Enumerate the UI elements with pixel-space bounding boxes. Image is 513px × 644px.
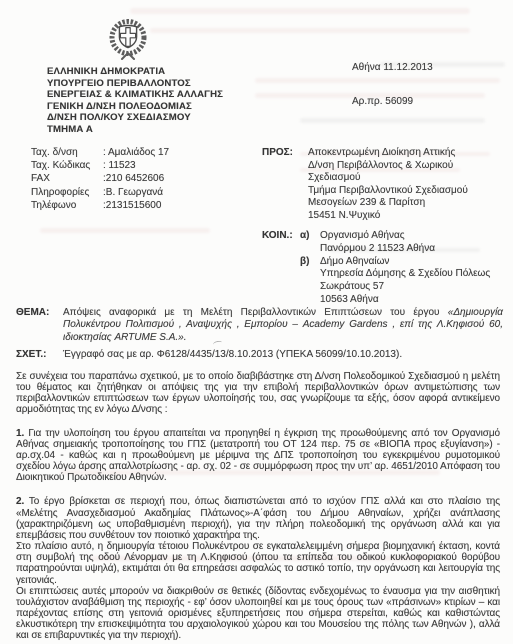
- letterhead-line: ΥΠΟΥΡΓΕΙΟ ΠΕΡΙΒΑΛΛΟΝΤΟΣ: [47, 78, 223, 90]
- bleed-through-artifact: [40, 228, 210, 233]
- contact-label: Τηλέφωνο: [31, 199, 103, 212]
- letterhead-line: ΓΕΝΙΚΗ Δ/ΝΣΗ ΠΟΛΕΟΔΟΜΙΑΣ: [47, 101, 223, 113]
- bleed-through-artifact: [255, 78, 500, 83]
- letterhead-line: Δ/ΝΣΗ ΠΟΛ/ΚΟΥ ΣΧΕΔΙΑΣΜΟΥ: [47, 112, 223, 124]
- cc-item: β) Δήμο Αθηναίων Υπηρεσία Δόμησης & Σχεδ…: [300, 256, 490, 307]
- body-paragraph-2-cont: Οι επιπτώσεις αυτές μπορούν να διακριθού…: [16, 586, 500, 642]
- contact-row: Πληροφορίες :Β. Γεωργανά: [31, 186, 169, 199]
- subject-text: Απόψεις αναφορικά με τη Μελέτη Περιβαλλο…: [63, 307, 503, 344]
- pros-label: ΠΡΟΣ:: [262, 147, 308, 223]
- letterhead-line: ΤΜΗΜΑ Α: [47, 124, 223, 136]
- body-intro-paragraph: Σε συνέχεια του παραπάνω σχετικού, με το…: [16, 371, 500, 416]
- body-paragraph-2: 2. Το έργο βρίσκεται σε περιοχή που, όπω…: [16, 496, 500, 541]
- address-line: Μεσογείων 239 & Παρίτση: [308, 197, 468, 210]
- contact-label: Ταχ. Κώδικας: [31, 159, 103, 172]
- contact-value: : 11523: [103, 159, 136, 172]
- cc-item-index: α): [300, 230, 320, 256]
- address-line: Πανόρμου 2 11523 Αθήνα: [320, 243, 435, 256]
- protocol-number: Αρ.πρ. 56099: [352, 96, 413, 107]
- address-line: 15451 Ν.Ψυχικό: [308, 210, 468, 223]
- address-line: 10563 Αθήνα: [320, 294, 490, 307]
- cc-item: α) Οργανισμό Αθήνας Πανόρμου 2 11523 Αθή…: [300, 230, 490, 256]
- address-line: Δήμο Αθηναίων: [320, 256, 490, 269]
- contact-label: Πληροφορίες: [31, 186, 103, 199]
- contact-value: :2131515600: [103, 199, 161, 212]
- contact-label: FAX: [31, 172, 103, 185]
- bleed-through-artifact: [150, 28, 470, 33]
- address-line: Αποκεντρωμένη Διοίκηση Αττικής: [308, 147, 468, 160]
- reference-text: Έγγραφό σας με αρ. Φ6128/4435/13/8.10.20…: [63, 349, 503, 361]
- contact-label: Ταχ. δ/νση: [31, 146, 103, 159]
- cc-items: α) Οργανισμό Αθήνας Πανόρμου 2 11523 Αθή…: [300, 230, 490, 307]
- document-date: Αθήνα 11.12.2013: [352, 62, 433, 73]
- recipient-address: Αποκεντρωμένη Διοίκηση Αττικής Δ/νση Περ…: [308, 147, 468, 223]
- address-line: Σχεδιασμού: [308, 172, 468, 185]
- contact-value: : Αμαλιάδος 17: [103, 146, 169, 159]
- body-paragraph-2-cont: Στο πλαίσιο αυτό, η δημιουργία τέτοιου Π…: [16, 541, 500, 586]
- reference-label: ΣΧΕΤ.:: [16, 349, 63, 361]
- subject-block: ΘΕΜΑ: Απόψεις αναφορικά με τη Μελέτη Περ…: [16, 307, 503, 344]
- greek-national-emblem-icon: [104, 14, 152, 66]
- address-line: Δ/νση Περιβάλλοντος & Χωρικού: [308, 160, 468, 173]
- body-paragraph-1: 1. Για την υλοποίηση του έργου απαιτείτα…: [16, 428, 500, 484]
- letter-body: Σε συνέχεια του παραπάνω σχετικού, με το…: [16, 371, 500, 641]
- letterhead-line: ΕΛΛΗΝΙΚΗ ΔΗΜΟΚΡΑΤΙΑ: [47, 66, 223, 78]
- bleed-through-artifact: [130, 8, 470, 14]
- contact-row: Ταχ. δ/νση : Αμαλιάδος 17: [31, 146, 169, 159]
- koin-label: ΚΟΙΝ.:: [262, 230, 300, 307]
- scan-artifact: [213, 340, 223, 346]
- paragraph-number: 1.: [16, 428, 24, 439]
- scanned-document-page: ΕΛΛΗΝΙΚΗ ΔΗΜΟΚΡΑΤΙΑ ΥΠΟΥΡΓΕΙΟ ΠΕΡΙΒΑΛΛΟΝ…: [0, 0, 513, 644]
- address-line: Σωκράτους 57: [320, 281, 490, 294]
- address-line: Τμήμα Περιβαλλοντικού Σχεδιασμού: [308, 185, 468, 198]
- paragraph-text: Για την υλοποίηση του έργου απαιτείται ν…: [16, 428, 500, 484]
- cc-item-address: Οργανισμό Αθήνας Πανόρμου 2 11523 Αθήνα: [320, 230, 435, 256]
- letterhead-line: ΕΝΕΡΓΕΙΑΣ & ΚΛΙΜΑΤΙΚΗΣ ΑΛΛΑΓΗΣ: [47, 89, 223, 101]
- contact-value: :210 6452606: [103, 172, 164, 185]
- subject-label: ΘΕΜΑ:: [16, 307, 63, 344]
- contact-details-block: Ταχ. δ/νση : Αμαλιάδος 17 Ταχ. Κώδικας :…: [31, 146, 169, 212]
- contact-row: Ταχ. Κώδικας : 11523: [31, 159, 169, 172]
- contact-row: Τηλέφωνο :2131515600: [31, 199, 169, 212]
- bleed-through-artifact: [300, 118, 485, 123]
- recipient-block: ΠΡΟΣ: Αποκεντρωμένη Διοίκηση Αττικής Δ/ν…: [262, 147, 468, 223]
- paragraph-text: Το έργο βρίσκεται σε περιοχή που, όπως δ…: [16, 496, 500, 540]
- address-line: Οργανισμό Αθήνας: [320, 230, 435, 243]
- cc-item-address: Δήμο Αθηναίων Υπηρεσία Δόμησης & Σχεδίου…: [320, 256, 490, 307]
- address-line: Υπηρεσία Δόμησης & Σχεδίου Πόλεως: [320, 268, 490, 281]
- letterhead-agency-block: ΕΛΛΗΝΙΚΗ ΔΗΜΟΚΡΑΤΙΑ ΥΠΟΥΡΓΕΙΟ ΠΕΡΙΒΑΛΛΟΝ…: [47, 66, 223, 136]
- cc-item-index: β): [300, 256, 320, 307]
- contact-row: FAX :210 6452606: [31, 172, 169, 185]
- reference-block: ΣΧΕΤ.: Έγγραφό σας με αρ. Φ6128/4435/13/…: [16, 349, 503, 361]
- contact-value: :Β. Γεωργανά: [103, 186, 163, 199]
- subject-text-plain: Απόψεις αναφορικά με τη Μελέτη Περιβαλλο…: [63, 307, 448, 318]
- paragraph-number: 2.: [16, 496, 24, 507]
- cc-block: ΚΟΙΝ.: α) Οργανισμό Αθήνας Πανόρμου 2 11…: [262, 230, 490, 307]
